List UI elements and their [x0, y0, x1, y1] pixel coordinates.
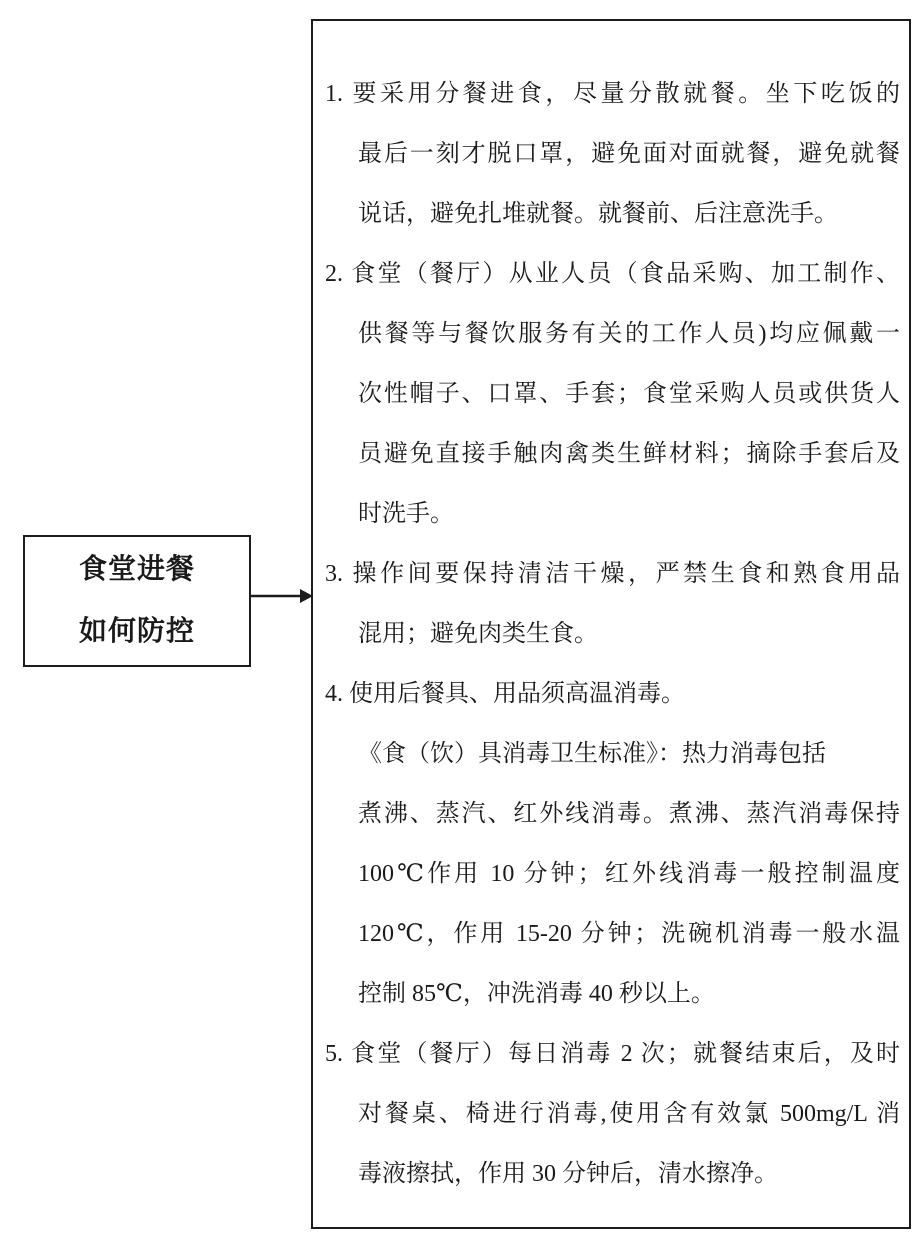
detail-line-12: 《食（饮）具消毒卫生标准》：热力消毒包括 — [358, 724, 900, 784]
detail-line-6: 次性帽子、口罩、手套；食堂采购人员或供货人 — [358, 364, 900, 424]
arrow-right-connector — [251, 586, 313, 606]
detail-line-8: 时洗手。 — [358, 484, 900, 544]
detail-line-3: 说话，避免扎堆就餐。就餐前、后注意洗手。 — [358, 184, 900, 244]
detail-line-2: 最后一刻才脱口罩，避免面对面就餐，避免就餐 — [358, 124, 900, 184]
detail-line-10: 混用；避免肉类生食。 — [358, 604, 900, 664]
detail-line-17: 5. 食堂（餐厅）每日消毒 2 次；就餐结束后，及时 — [325, 1024, 900, 1084]
document-page: 食堂进餐 如何防控 1. 要采用分餐进食，尽量分散就餐。坐下吃饭的最后一刻才脱口… — [0, 0, 922, 1240]
detail-line-16: 控制 85℃，冲洗消毒 40 秒以上。 — [358, 964, 900, 1024]
topic-box: 食堂进餐 如何防控 — [23, 535, 251, 667]
topic-line-1: 食堂进餐 — [79, 539, 195, 601]
detail-line-7: 员避免直接手触肉禽类生鲜材料；摘除手套后及 — [358, 424, 900, 484]
detail-line-4: 2. 食堂（餐厅）从业人员（食品采购、加工制作、 — [325, 244, 900, 304]
detail-line-5: 供餐等与餐饮服务有关的工作人员)均应佩戴一 — [358, 304, 900, 364]
detail-line-14: 100℃作用 10 分钟；红外线消毒一般控制温度 — [358, 844, 900, 904]
detail-line-9: 3. 操作间要保持清洁干燥，严禁生食和熟食用品 — [325, 544, 900, 604]
detail-line-1: 1. 要采用分餐进食，尽量分散就餐。坐下吃饭的 — [325, 64, 900, 124]
detail-line-18: 对餐桌、椅进行消毒,使用含有效氯 500mg/L 消 — [358, 1084, 900, 1144]
detail-line-15: 120℃，作用 15-20 分钟；洗碗机消毒一般水温 — [358, 904, 900, 964]
detail-box: 1. 要采用分餐进食，尽量分散就餐。坐下吃饭的最后一刻才脱口罩，避免面对面就餐，… — [311, 19, 911, 1229]
detail-line-19: 毒液擦拭，作用 30 分钟后，清水擦净。 — [358, 1144, 900, 1204]
detail-line-11: 4. 使用后餐具、用品须高温消毒。 — [325, 664, 900, 724]
topic-line-2: 如何防控 — [79, 601, 195, 663]
detail-line-13: 煮沸、蒸汽、红外线消毒。煮沸、蒸汽消毒保持 — [358, 784, 900, 844]
